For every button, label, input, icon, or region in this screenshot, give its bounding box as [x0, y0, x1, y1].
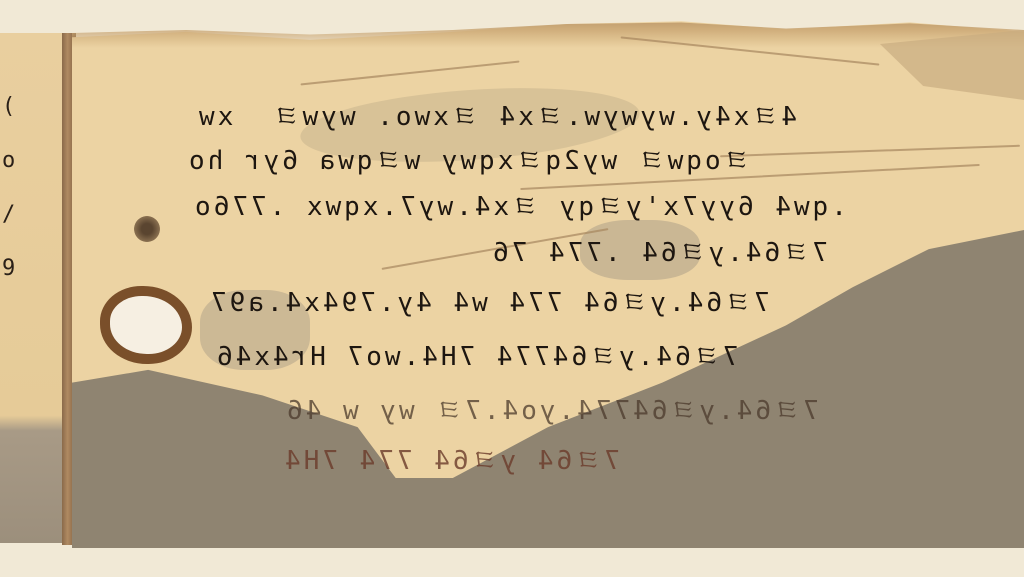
manuscript-painting: ( o / 9 4ヨx4y.wywyw.ヨx4 ヨxwo. wywヨ xw ヨo…	[0, 0, 1024, 577]
script-line-5: 7ヨ64.yヨ64 774 w4 4y.794x4.a97	[208, 282, 770, 319]
script-line-3: .qw4 6yy7x'yヨqy ヨx4.wy7.xqwx .776o	[192, 186, 847, 223]
script-line-4: 7ヨ64.yヨ64 .774 76	[490, 232, 828, 269]
script-text: 4ヨx4y.wywyw.ヨx4 ヨxwo. wywヨ xw ヨoqwヨ wy2q…	[0, 0, 1024, 577]
script-line-7: 7ヨ64.yヨ64774.yo4.7ヨ wy w 46	[284, 390, 819, 427]
script-line-8: 7ヨ64 yヨ64 774 7H4	[282, 440, 620, 477]
script-line-6: 7ヨ64.yヨ64774 7H4.wo7 Hr4x46	[214, 336, 738, 373]
script-line-2: ヨoqwヨ wy2qヨxqwy wヨqwa 6yr ho	[186, 140, 750, 177]
script-line-1: 4ヨx4y.wywyw.ヨx4 ヨxwo. wywヨ xw	[196, 96, 797, 133]
